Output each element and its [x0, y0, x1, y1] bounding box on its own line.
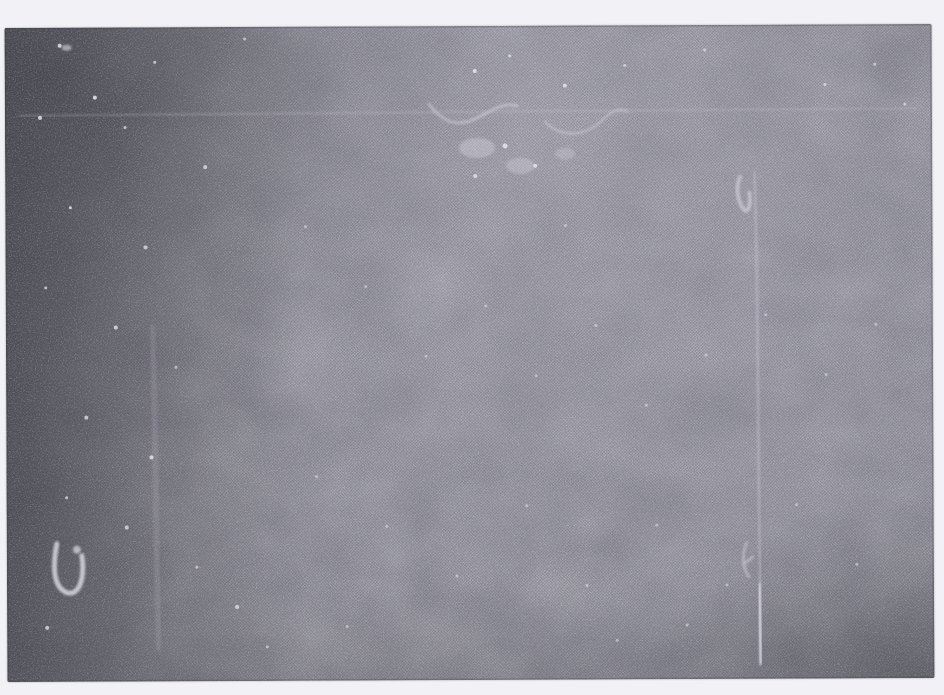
speck — [623, 64, 626, 67]
speck — [616, 639, 619, 642]
u-scratch-dot — [73, 546, 81, 554]
speck — [58, 44, 62, 48]
halftone-photograph — [5, 24, 935, 682]
speck — [125, 525, 129, 529]
speck — [703, 48, 706, 51]
paper-background — [0, 0, 944, 695]
speck — [535, 374, 538, 377]
speck — [503, 143, 508, 148]
speck — [655, 524, 658, 527]
speck — [594, 324, 597, 327]
speck — [266, 645, 269, 648]
speck — [645, 404, 648, 407]
speck — [195, 566, 198, 569]
speck — [508, 54, 511, 57]
speck — [586, 584, 589, 587]
speck — [425, 355, 428, 358]
speck — [455, 575, 458, 578]
speck — [93, 96, 97, 100]
speck — [564, 224, 567, 227]
speck — [203, 165, 207, 169]
top-smudge-blotch-3 — [555, 148, 575, 160]
speck — [315, 475, 318, 478]
speck — [764, 313, 767, 316]
speck — [243, 37, 246, 40]
speck — [795, 503, 798, 506]
speck — [726, 583, 729, 586]
speck — [533, 164, 537, 168]
speck — [149, 455, 153, 459]
speck — [563, 84, 567, 88]
photo-canvas — [5, 24, 935, 682]
top-smudge-blotch-2 — [506, 158, 534, 174]
speck — [175, 366, 178, 369]
speck — [44, 286, 47, 289]
speck — [38, 116, 42, 120]
speck — [235, 605, 239, 609]
speck — [473, 69, 477, 73]
speck — [855, 563, 858, 566]
top-smudge-blotch-1 — [459, 138, 495, 158]
speck — [124, 126, 127, 129]
right-scratch-bottom-segment — [759, 585, 761, 663]
speck — [65, 496, 68, 499]
speck — [823, 83, 826, 86]
left-bright-fleck — [62, 45, 72, 51]
speck — [874, 323, 877, 326]
speck — [825, 373, 828, 376]
speck — [304, 225, 307, 228]
speck — [873, 63, 876, 66]
fine-light-grain — [5, 24, 935, 682]
speck — [114, 326, 118, 330]
speck — [525, 504, 528, 507]
speck — [69, 206, 72, 209]
speck — [364, 285, 367, 288]
speck — [144, 245, 148, 249]
speck — [473, 174, 477, 178]
speck — [705, 353, 708, 356]
speck — [45, 626, 49, 630]
speck — [484, 304, 487, 307]
speck — [686, 624, 689, 627]
speck — [153, 61, 156, 64]
speck — [385, 525, 388, 528]
speck — [346, 625, 349, 628]
speck — [84, 416, 88, 420]
speck — [903, 103, 906, 106]
